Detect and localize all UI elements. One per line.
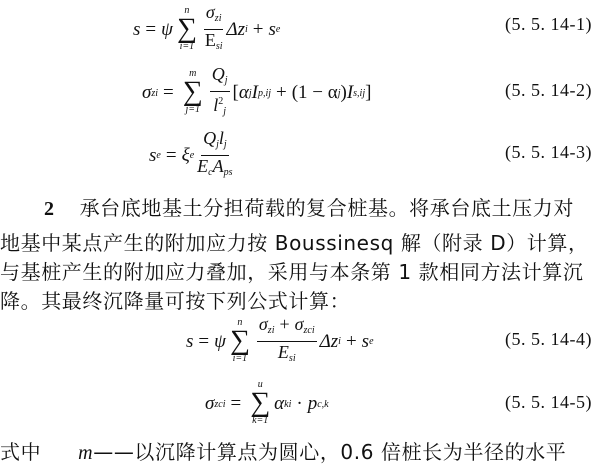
where-label: 式中 — [0, 440, 41, 464]
eq2-fraction: Qj l2j — [210, 64, 230, 122]
eq4-summation: n ∑ i=1 — [230, 318, 250, 366]
equation-number-3: (5. 5. 14-3) — [505, 142, 592, 163]
equation-5-5-14-5: σzci = u ∑ k=1 αki · pc,k — [205, 380, 329, 428]
equation-number-2: (5. 5. 14-2) — [505, 80, 592, 101]
equation-5-5-14-2: σzi = m ∑ j=1 Qj l2j [ αj Ip,ij + (1 − α… — [142, 64, 371, 122]
eq2-summation: m ∑ j=1 — [183, 69, 203, 117]
where-dash: —— — [93, 440, 134, 464]
paragraph-line-4: 降。其最终沉降量可按下列公式计算： — [0, 285, 616, 314]
equation-5-5-14-4: s = ψ n ∑ i=1 σzi+σzci Esi Δzi + se — [186, 314, 374, 369]
paragraph-line-1: 2 承台底地基土分担荷载的复合桩基。将承台底土压力对 — [0, 192, 616, 221]
eq3-fraction: Qjlj EcAps — [197, 128, 232, 183]
eq1-coef: ψ — [161, 19, 173, 41]
eq5-summation: u ∑ k=1 — [250, 380, 270, 428]
equation-5-5-14-3: se = ξe Qjlj EcAps — [149, 128, 236, 183]
paragraph-line-2: 地基中某点产生的附加应力按 Boussinesq 解（附录 D）计算， — [0, 227, 616, 256]
equation-5-5-14-1: s = ψ n ∑ i=1 σzi Esi Δzi + se — [133, 2, 280, 57]
equation-number-5: (5. 5. 14-5) — [505, 392, 592, 413]
eq1-fraction: σzi Esi — [204, 2, 224, 57]
equation-number-4: (5. 5. 14-4) — [505, 329, 592, 350]
eq1-equals: = — [145, 19, 156, 41]
eq1-summation: n ∑ i=1 — [177, 6, 197, 54]
eq1-lhs: s — [133, 19, 140, 41]
where-symbol: m — [78, 442, 93, 464]
paragraph-line-3: 与基桩产生的附加应力叠加，采用与本条第 1 款相同方法计算沉 — [0, 256, 616, 285]
eq4-fraction: σzi+σzci Esi — [257, 314, 317, 369]
where-text: 以沉降计算点为圆心，0.6 倍桩长为半径的水平 — [134, 440, 566, 464]
equation-number-1: (5. 5. 14-1) — [505, 14, 592, 35]
where-clause: 式中 m——以沉降计算点为圆心，0.6 倍桩长为半径的水平 — [0, 436, 616, 464]
item-number: 2 — [44, 198, 55, 220]
